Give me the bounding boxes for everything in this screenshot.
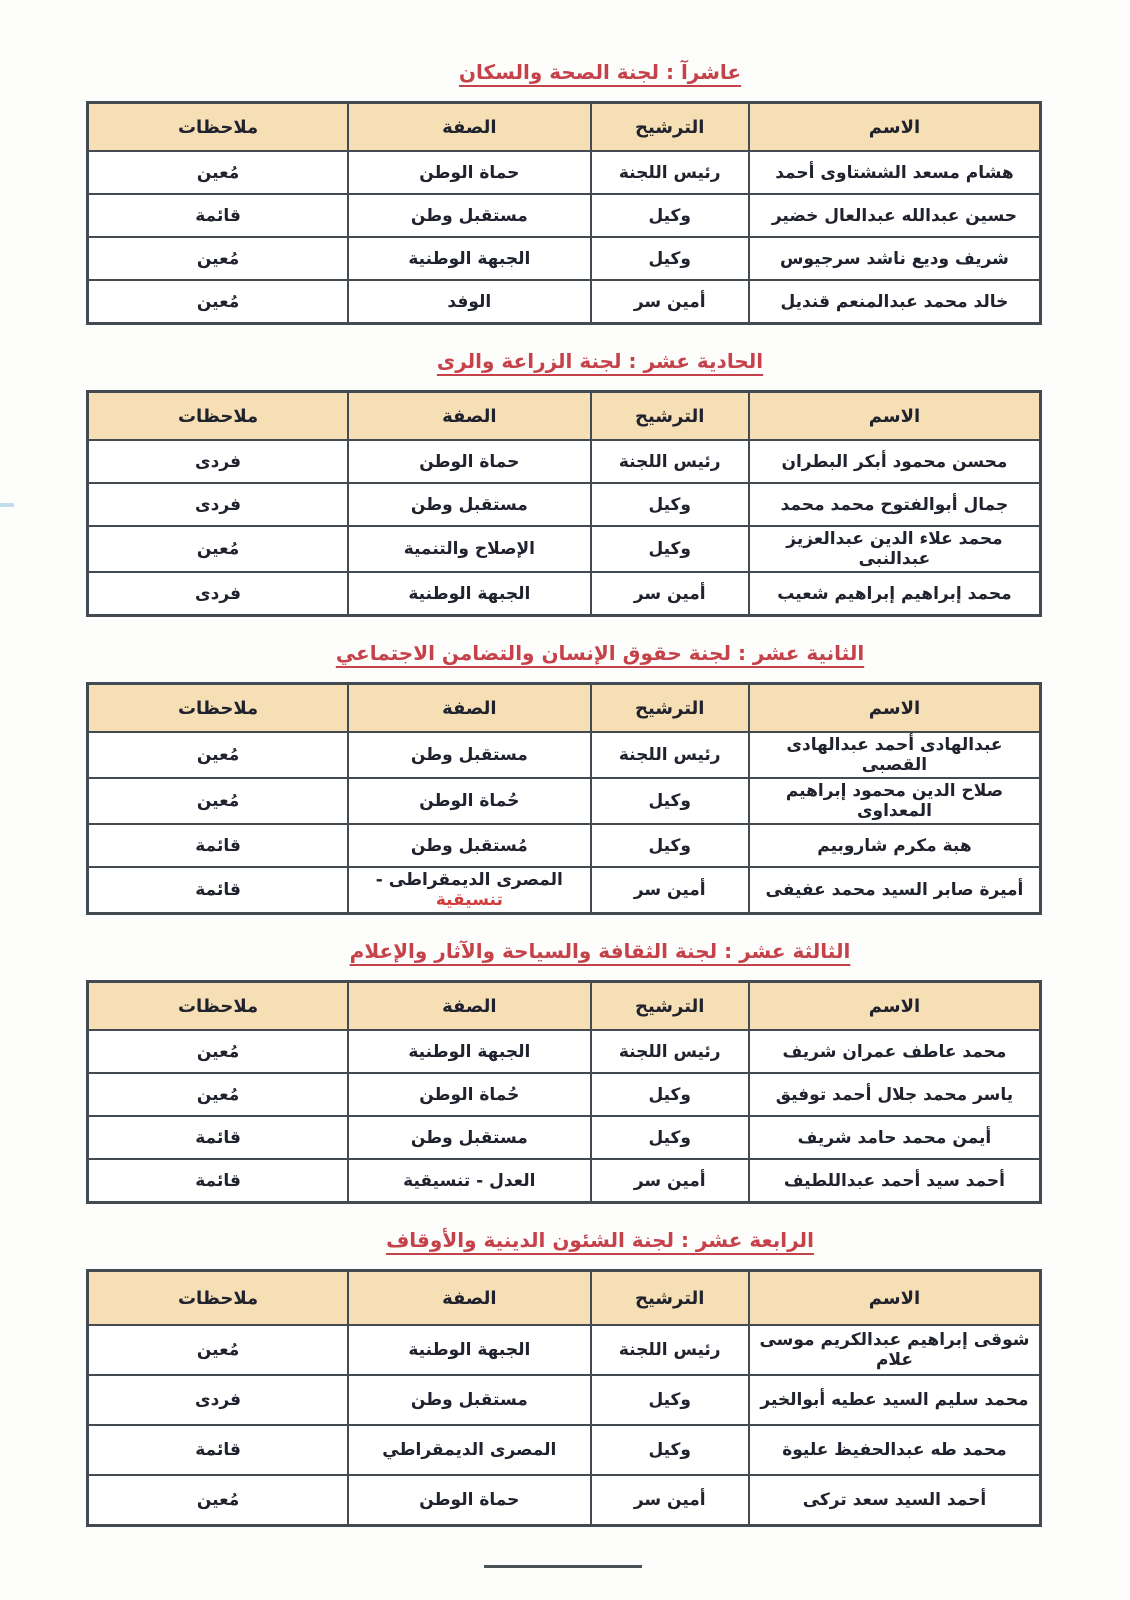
cell-notes: مُعين: [88, 1073, 349, 1116]
cell-notes: قائمة: [88, 1425, 349, 1475]
table-row: شريف وديع ناشد سرجيوس وكيل الجبهة الوطني…: [88, 237, 1041, 280]
cell-name: محمد سليم السيد عطيه أبوالخير: [749, 1375, 1041, 1425]
committee-table: الاسم الترشيح الصفة ملاحظات هشام مسعد ال…: [86, 101, 1042, 325]
section-title: الرابعة عشر : لجنة الشئون الدينية والأوق…: [70, 1226, 1130, 1254]
table-row: جمال أبوالفتوح محمد محمد وكيل مستقبل وطن…: [88, 483, 1041, 526]
cell-name: عبدالهادى أحمد عبدالهادى القصبى: [749, 732, 1041, 778]
cell-name: أميرة صابر السيد محمد عفيفى: [749, 867, 1041, 914]
cell-notes: مُعين: [88, 1475, 349, 1526]
table-row: ياسر محمد جلال أحمد توفيق وكيل حُماة الو…: [88, 1073, 1041, 1116]
cell-notes: مُعين: [88, 732, 349, 778]
cell-name: محمد طه عبدالحفيظ عليوة: [749, 1425, 1041, 1475]
cell-capacity: الجبهة الوطنية: [348, 237, 590, 280]
committee-section-agriculture-irrigation: الحادية عشر : لجنة الزراعة والرى الاسم ا…: [0, 347, 1130, 617]
cell-name: صلاح الدين محمود إبراهيم المعداوى: [749, 778, 1041, 824]
cell-nomination: أمين سر: [591, 1475, 749, 1526]
cell-notes: قائمة: [88, 867, 349, 914]
scan-artifact-dash: [0, 503, 14, 507]
table-row: هبة مكرم شاروبيم وكيل مُستقبل وطن قائمة: [88, 824, 1041, 867]
cell-name: هشام مسعد الششتاوى أحمد: [749, 151, 1041, 194]
cell-capacity: مستقبل وطن: [348, 194, 590, 237]
committee-table: الاسم الترشيح الصفة ملاحظات محسن محمود أ…: [86, 390, 1042, 617]
cell-name: محمد علاء الدين عبدالعزيز عبدالنبى: [749, 526, 1041, 572]
header-name: الاسم: [749, 1271, 1041, 1326]
cell-name: خالد محمد عبدالمنعم قنديل: [749, 280, 1041, 324]
cell-capacity: الجبهة الوطنية: [348, 1325, 590, 1375]
table-row: أحمد السيد سعد تركى أمين سر حماة الوطن م…: [88, 1475, 1041, 1526]
table-row: حسين عبدالله عبدالعال خضير وكيل مستقبل و…: [88, 194, 1041, 237]
committee-section-religious-affairs-endowments: الرابعة عشر : لجنة الشئون الدينية والأوق…: [0, 1226, 1130, 1527]
capacity-red-highlight: تنسيقية: [436, 890, 503, 910]
cell-notes: قائمة: [88, 1116, 349, 1159]
cell-nomination: وكيل: [591, 1116, 749, 1159]
cell-name: شريف وديع ناشد سرجيوس: [749, 237, 1041, 280]
cell-notes: مُعين: [88, 1030, 349, 1073]
committee-section-culture-tourism-media: الثالثة عشر : لجنة الثقافة والسياحة والآ…: [0, 937, 1130, 1204]
cell-nomination: رئيس اللجنة: [591, 440, 749, 483]
table-row: صلاح الدين محمود إبراهيم المعداوى وكيل ح…: [88, 778, 1041, 824]
table-header-row: الاسم الترشيح الصفة ملاحظات: [88, 392, 1041, 441]
cell-nomination: وكيل: [591, 778, 749, 824]
header-name: الاسم: [749, 392, 1041, 441]
cell-nomination: أمين سر: [591, 280, 749, 324]
header-capacity: الصفة: [348, 392, 590, 441]
table-row: محمد إبراهيم إبراهيم شعيب أمين سر الجبهة…: [88, 572, 1041, 616]
cell-nomination: وكيل: [591, 526, 749, 572]
cell-notes: مُعين: [88, 280, 349, 324]
cell-nomination: وكيل: [591, 824, 749, 867]
cell-capacity: حماة الوطن: [348, 1475, 590, 1526]
committee-section-human-rights-solidarity: الثانية عشر : لجنة حقوق الإنسان والتضامن…: [0, 639, 1130, 915]
scanned-document-page: { "document": { "colors": { "title_red":…: [0, 0, 1130, 1600]
cell-name: محمد إبراهيم إبراهيم شعيب: [749, 572, 1041, 616]
committee-table: الاسم الترشيح الصفة ملاحظات شوقى إبراهيم…: [86, 1269, 1042, 1527]
cell-nomination: وكيل: [591, 483, 749, 526]
section-title: الحادية عشر : لجنة الزراعة والرى: [70, 347, 1130, 375]
table-row: شوقى إبراهيم عبدالكريم موسى علام رئيس ال…: [88, 1325, 1041, 1375]
cell-notes: قائمة: [88, 1159, 349, 1203]
cell-name: شوقى إبراهيم عبدالكريم موسى علام: [749, 1325, 1041, 1375]
table-header-row: الاسم الترشيح الصفة ملاحظات: [88, 684, 1041, 733]
committee-table: الاسم الترشيح الصفة ملاحظات عبدالهادى أح…: [86, 682, 1042, 915]
cell-capacity: حُماة الوطن: [348, 1073, 590, 1116]
cell-nomination: أمين سر: [591, 867, 749, 914]
header-capacity: الصفة: [348, 1271, 590, 1326]
cell-notes: فردى: [88, 572, 349, 616]
cell-nomination: رئيس اللجنة: [591, 1030, 749, 1073]
cell-capacity: الجبهة الوطنية: [348, 572, 590, 616]
header-name: الاسم: [749, 684, 1041, 733]
cell-notes: قائمة: [88, 824, 349, 867]
table-row: محمد طه عبدالحفيظ عليوة وكيل المصرى الدي…: [88, 1425, 1041, 1475]
header-capacity: الصفة: [348, 982, 590, 1031]
cell-name: هبة مكرم شاروبيم: [749, 824, 1041, 867]
cell-capacity: مستقبل وطن: [348, 1116, 590, 1159]
cell-capacity: حماة الوطن: [348, 151, 590, 194]
header-name: الاسم: [749, 103, 1041, 152]
cell-nomination: رئيس اللجنة: [591, 151, 749, 194]
cell-nomination: أمين سر: [591, 572, 749, 616]
table-row: أميرة صابر السيد محمد عفيفى أمين سر المص…: [88, 867, 1041, 914]
cell-notes: فردى: [88, 483, 349, 526]
header-notes: ملاحظات: [88, 684, 349, 733]
cell-capacity: مُستقبل وطن: [348, 824, 590, 867]
cell-nomination: وكيل: [591, 1425, 749, 1475]
cell-notes: مُعين: [88, 237, 349, 280]
cell-name: محمد عاطف عمران شريف: [749, 1030, 1041, 1073]
header-name: الاسم: [749, 982, 1041, 1031]
header-nomination: الترشيح: [591, 684, 749, 733]
cell-notes: مُعين: [88, 526, 349, 572]
header-nomination: الترشيح: [591, 392, 749, 441]
cell-notes: قائمة: [88, 194, 349, 237]
cell-name: أحمد السيد سعد تركى: [749, 1475, 1041, 1526]
cell-capacity: حُماة الوطن: [348, 778, 590, 824]
cell-name: حسين عبدالله عبدالعال خضير: [749, 194, 1041, 237]
capacity-text: المصرى الديمقراطى -: [376, 870, 563, 890]
header-capacity: الصفة: [348, 684, 590, 733]
cell-nomination: وكيل: [591, 194, 749, 237]
cell-capacity: الوفد: [348, 280, 590, 324]
cell-name: ياسر محمد جلال أحمد توفيق: [749, 1073, 1041, 1116]
table-row: أيمن محمد حامد شريف وكيل مستقبل وطن قائم…: [88, 1116, 1041, 1159]
footer-separator-line: [484, 1565, 642, 1568]
committee-section-health-population: عاشرآ : لجنة الصحة والسكان الاسم الترشيح…: [0, 58, 1130, 325]
header-notes: ملاحظات: [88, 982, 349, 1031]
table-header-row: الاسم الترشيح الصفة ملاحظات: [88, 1271, 1041, 1326]
cell-notes: فردى: [88, 1375, 349, 1425]
cell-notes: مُعين: [88, 151, 349, 194]
header-capacity: الصفة: [348, 103, 590, 152]
cell-name: محسن محمود أبكر البطران: [749, 440, 1041, 483]
header-nomination: الترشيح: [591, 1271, 749, 1326]
cell-capacity: المصرى الديمقراطى - تنسيقية: [348, 867, 590, 914]
table-row: خالد محمد عبدالمنعم قنديل أمين سر الوفد …: [88, 280, 1041, 324]
table-row: محمد علاء الدين عبدالعزيز عبدالنبى وكيل …: [88, 526, 1041, 572]
header-notes: ملاحظات: [88, 392, 349, 441]
table-row: عبدالهادى أحمد عبدالهادى القصبى رئيس الل…: [88, 732, 1041, 778]
cell-capacity: الإصلاح والتنمية: [348, 526, 590, 572]
table-row: محمد سليم السيد عطيه أبوالخير وكيل مستقب…: [88, 1375, 1041, 1425]
cell-capacity: مستقبل وطن: [348, 483, 590, 526]
committee-table: الاسم الترشيح الصفة ملاحظات محمد عاطف عم…: [86, 980, 1042, 1204]
cell-capacity: العدل - تنسيقية: [348, 1159, 590, 1203]
header-notes: ملاحظات: [88, 1271, 349, 1326]
cell-capacity: المصرى الديمقراطي: [348, 1425, 590, 1475]
cell-nomination: وكيل: [591, 237, 749, 280]
cell-nomination: وكيل: [591, 1073, 749, 1116]
section-title: الثالثة عشر : لجنة الثقافة والسياحة والآ…: [70, 937, 1130, 965]
cell-nomination: رئيس اللجنة: [591, 732, 749, 778]
cell-notes: مُعين: [88, 778, 349, 824]
cell-capacity: مستقبل وطن: [348, 732, 590, 778]
cell-name: جمال أبوالفتوح محمد محمد: [749, 483, 1041, 526]
cell-notes: فردى: [88, 440, 349, 483]
table-row: محسن محمود أبكر البطران رئيس اللجنة حماة…: [88, 440, 1041, 483]
cell-capacity: الجبهة الوطنية: [348, 1030, 590, 1073]
table-row: هشام مسعد الششتاوى أحمد رئيس اللجنة حماة…: [88, 151, 1041, 194]
cell-nomination: أمين سر: [591, 1159, 749, 1203]
header-nomination: الترشيح: [591, 982, 749, 1031]
table-header-row: الاسم الترشيح الصفة ملاحظات: [88, 103, 1041, 152]
table-row: أحمد سيد أحمد عبداللطيف أمين سر العدل - …: [88, 1159, 1041, 1203]
cell-notes: مُعين: [88, 1325, 349, 1375]
cell-capacity: حماة الوطن: [348, 440, 590, 483]
header-notes: ملاحظات: [88, 103, 349, 152]
cell-capacity: مستقبل وطن: [348, 1375, 590, 1425]
cell-nomination: رئيس اللجنة: [591, 1325, 749, 1375]
header-nomination: الترشيح: [591, 103, 749, 152]
cell-name: أحمد سيد أحمد عبداللطيف: [749, 1159, 1041, 1203]
section-title: عاشرآ : لجنة الصحة والسكان: [70, 58, 1130, 86]
cell-name: أيمن محمد حامد شريف: [749, 1116, 1041, 1159]
section-title: الثانية عشر : لجنة حقوق الإنسان والتضامن…: [70, 639, 1130, 667]
table-header-row: الاسم الترشيح الصفة ملاحظات: [88, 982, 1041, 1031]
table-row: محمد عاطف عمران شريف رئيس اللجنة الجبهة …: [88, 1030, 1041, 1073]
cell-nomination: وكيل: [591, 1375, 749, 1425]
